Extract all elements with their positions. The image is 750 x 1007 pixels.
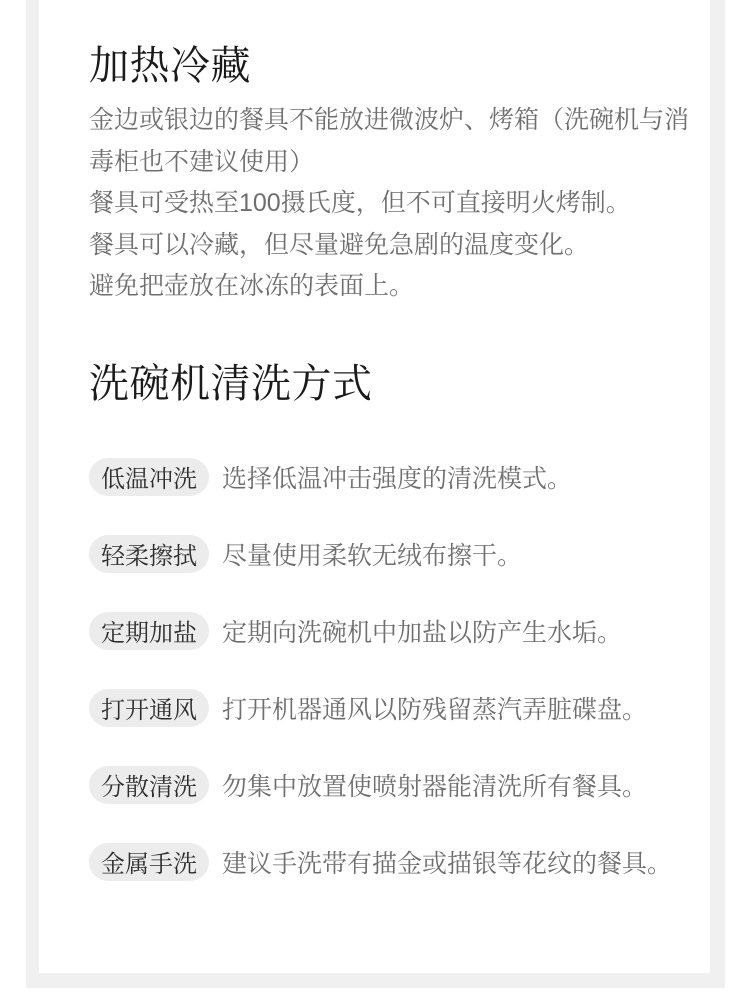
care-item-tag: 打开通风: [89, 689, 209, 727]
care-item-row: 低温冲洗 选择低温冲击强度的清洗模式。: [89, 458, 700, 496]
care-item-tag: 低温冲洗: [89, 458, 209, 496]
dishwasher-care-list: 低温冲洗 选择低温冲击强度的清洗模式。 轻柔擦拭 尽量使用柔软无绒布擦干。 定期…: [89, 458, 700, 881]
paragraph-line: 餐具可受热至100摄氏度，但不可直接明火烤制。: [89, 183, 700, 225]
product-care-card: 加热冷藏 金边或银边的餐具不能放进微波炉、烤箱（洗碗机与消 毒柜也不建议使用） …: [26, 0, 725, 988]
paragraph-line: 毒柜也不建议使用）: [89, 142, 700, 184]
care-item-desc: 选择低温冲击强度的清洗模式。: [222, 459, 572, 495]
care-item-row: 轻柔擦拭 尽量使用柔软无绒布擦干。: [89, 535, 700, 573]
care-item-desc: 建议手洗带有描金或描银等花纹的餐具。: [222, 844, 672, 880]
care-item-desc: 勿集中放置使喷射器能清洗所有餐具。: [222, 767, 647, 803]
care-item-tag: 金属手洗: [89, 843, 209, 881]
care-item-row: 分散清洗 勿集中放置使喷射器能清洗所有餐具。: [89, 766, 700, 804]
care-item-tag: 定期加盐: [89, 612, 209, 650]
care-item-row: 定期加盐 定期向洗碗机中加盐以防产生水垢。: [89, 612, 700, 650]
care-item-row: 打开通风 打开机器通风以防残留蒸汽弄脏碟盘。: [89, 689, 700, 727]
paragraph-line: 餐具可以冷藏，但尽量避免急剧的温度变化。: [89, 225, 700, 267]
paragraph-line: 金边或银边的餐具不能放进微波炉、烤箱（洗碗机与消: [89, 100, 700, 142]
paragraph-line: 避免把壶放在冰冻的表面上。: [89, 266, 700, 308]
heating-paragraph: 金边或银边的餐具不能放进微波炉、烤箱（洗碗机与消 毒柜也不建议使用） 餐具可受热…: [89, 100, 700, 308]
section-title-dishwasher: 洗碗机清洗方式: [89, 358, 700, 410]
care-item-row: 金属手洗 建议手洗带有描金或描银等花纹的餐具。: [89, 843, 700, 881]
care-item-desc: 尽量使用柔软无绒布擦干。: [222, 536, 522, 572]
card-inner: 加热冷藏 金边或银边的餐具不能放进微波炉、烤箱（洗碗机与消 毒柜也不建议使用） …: [39, 40, 710, 881]
care-item-tag: 分散清洗: [89, 766, 209, 804]
care-item-tag: 轻柔擦拭: [89, 535, 209, 573]
care-item-desc: 打开机器通风以防残留蒸汽弄脏碟盘。: [222, 690, 647, 726]
section-title-heating: 加热冷藏: [89, 40, 700, 92]
care-item-desc: 定期向洗碗机中加盐以防产生水垢。: [222, 613, 622, 649]
